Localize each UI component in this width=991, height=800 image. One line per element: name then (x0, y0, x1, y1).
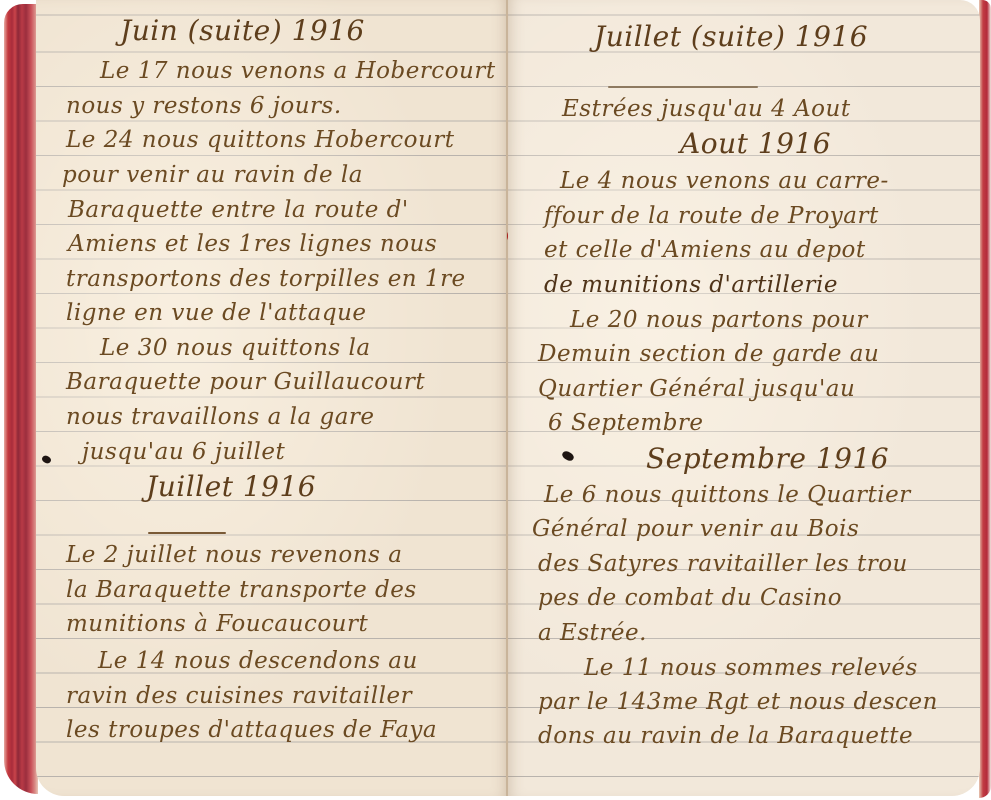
handwritten-line: Baraquette entre la route d' (68, 197, 409, 223)
handwritten-line: Estrées jusqu'au 4 Aout (562, 96, 851, 122)
handwritten-line: Le 20 nous partons pour (570, 307, 868, 333)
heading-juillet-suite: Juillet (suite) 1916 (594, 20, 868, 53)
handwritten-line: nous y restons 6 jours. (66, 93, 342, 119)
page-edge-left (4, 4, 38, 794)
handwritten-line: pour venir au ravin de la (62, 162, 363, 188)
heading-septembre: Septembre 1916 (646, 442, 889, 475)
handwritten-line: par le 143me Rgt et nous descen (538, 689, 938, 715)
handwritten-line: des Satyres ravitailler les trou (538, 551, 908, 577)
handwritten-line: a Estrée. (538, 620, 647, 646)
left-page: Juin (suite) 1916 Le 17 nous venons a Ho… (36, 0, 508, 796)
handwritten-line: Le 24 nous quittons Hobercourt (66, 127, 455, 153)
handwritten-line: Quartier Général jusqu'au (538, 376, 855, 402)
handwritten-line: munitions à Foucaucourt (66, 611, 368, 637)
handwritten-line: les troupes d'attaques de Faya (66, 717, 437, 743)
handwritten-line: nous travaillons a la gare (66, 404, 375, 430)
handwritten-line: et celle d'Amiens au depot (544, 237, 866, 263)
handwritten-line: Baraquette pour Guillaucourt (66, 369, 425, 395)
handwritten-line: 6 Septembre (548, 410, 704, 436)
handwritten-line: ffour de la route de Proyart (544, 203, 879, 229)
handwritten-line: ligne en vue de l'attaque (66, 300, 367, 326)
underline-stroke (608, 86, 758, 88)
page-edge-right (979, 0, 991, 798)
handwritten-line: pes de combat du Casino (538, 585, 842, 611)
notebook-spread: Juin (suite) 1916 Le 17 nous venons a Ho… (0, 0, 991, 800)
handwritten-line: jusqu'au 6 juillet (82, 439, 285, 465)
handwritten-line: Le 2 juillet nous revenons a (66, 542, 402, 568)
handwritten-line: Le 14 nous descendons au (98, 648, 418, 674)
handwritten-line: Le 6 nous quittons le Quartier (544, 482, 911, 508)
handwritten-line: dons au ravin de la Baraquette (538, 723, 913, 749)
handwritten-line: Le 11 nous sommes relevés (584, 655, 918, 681)
handwritten-line: Demuin section de garde au (538, 341, 879, 367)
handwritten-line: Le 30 nous quittons la (100, 335, 371, 361)
handwritten-line: la Baraquette transporte des (66, 577, 417, 603)
ink-mark (561, 449, 575, 462)
underline-stroke (148, 532, 226, 534)
handwritten-line: de munitions d'artillerie (544, 272, 838, 298)
heading-aout: Aout 1916 (680, 127, 831, 160)
handwritten-line: Amiens et les 1res lignes nous (68, 231, 437, 257)
handwritten-line: Le 17 nous venons a Hobercourt (100, 58, 496, 84)
handwritten-line: ravin des cuisines ravitailler (66, 683, 412, 709)
handwritten-line: Le 4 nous venons au carre- (560, 168, 889, 194)
handwritten-line: transportons des torpilles en 1re (66, 266, 466, 292)
heading-juin-suite: Juin (suite) 1916 (120, 14, 365, 47)
handwritten-line: Général pour venir au Bois (532, 516, 859, 542)
ink-mark (41, 454, 52, 465)
heading-juillet: Juillet 1916 (146, 470, 316, 503)
right-page: Juillet (suite) 1916 Estrées jusqu'au 4 … (508, 0, 980, 796)
